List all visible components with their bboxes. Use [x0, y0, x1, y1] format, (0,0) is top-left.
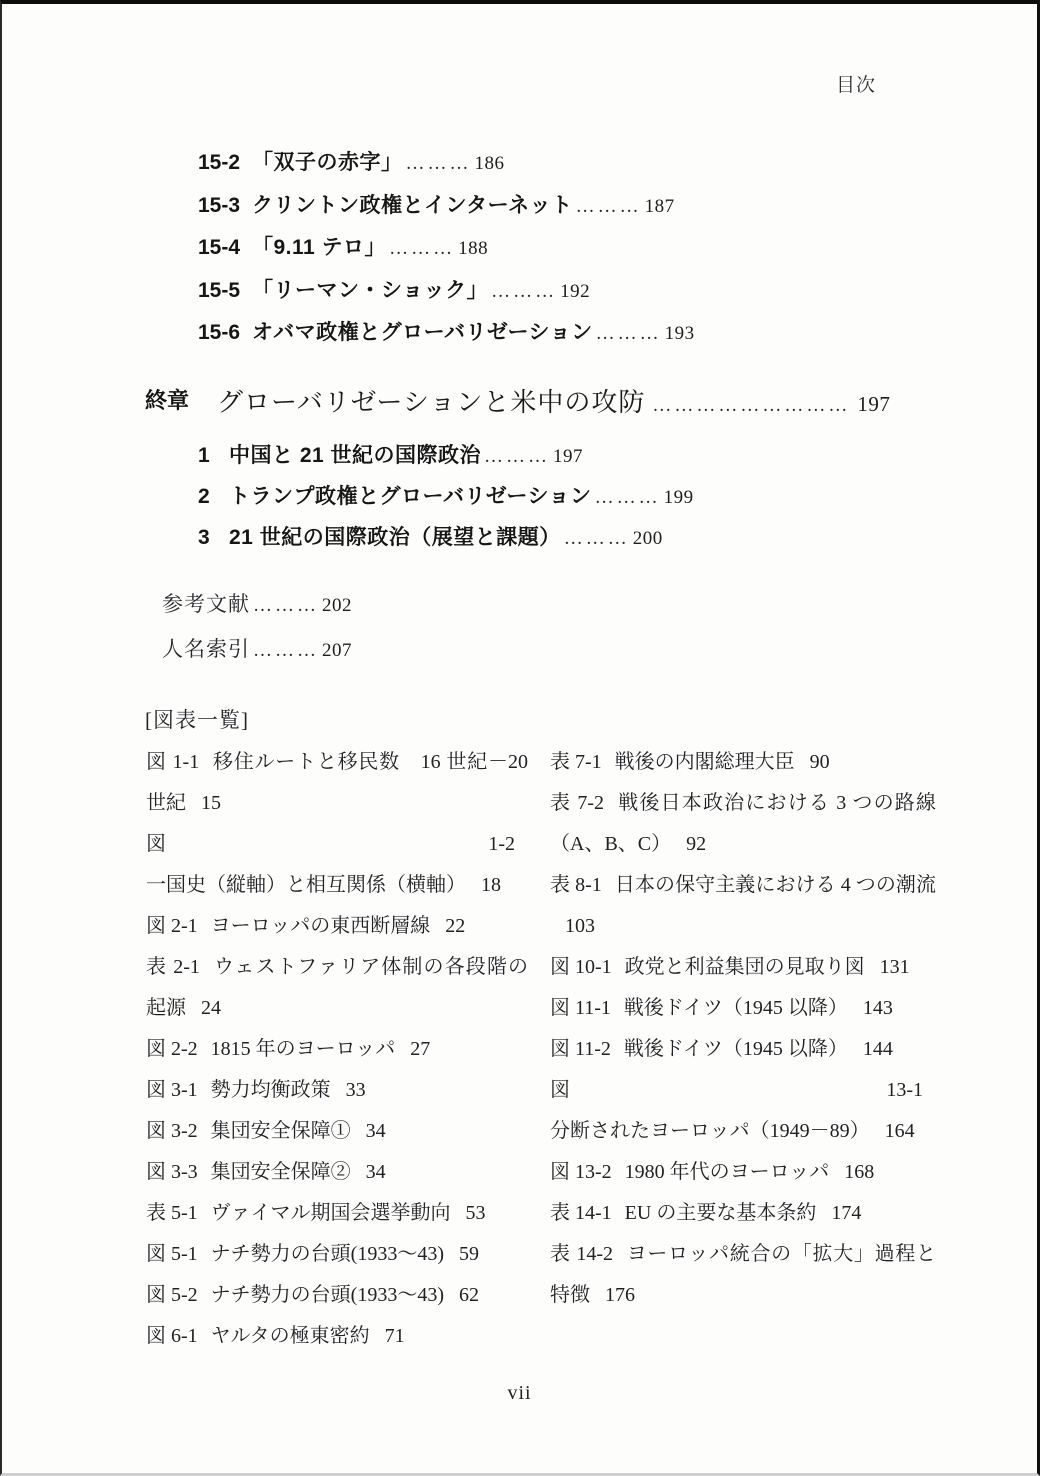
- toc-entry-title: 21 世紀の国際政治（展望と課題）: [229, 526, 561, 549]
- figure-list-item: 図 2-1ヨーロッパの東西断層線22: [146, 906, 528, 947]
- dot-leader: ………: [253, 595, 319, 616]
- toc-entry: 15-3クリントン政権とインターネット………187: [198, 185, 695, 228]
- figure-item-page: 168: [844, 1161, 874, 1183]
- figure-item-title: 戦後の内閣総理大臣: [615, 751, 795, 773]
- figure-item-title: ナチ勢力の台頭(1933～43): [211, 1243, 444, 1265]
- figure-list-item: 表 7-2戦後日本政治における 3 つの路線（A、B、C）92: [550, 783, 936, 865]
- figure-item-page: 92: [686, 833, 706, 855]
- dot-leader: ………: [491, 281, 557, 302]
- figure-item-title: 政党と利益集団の見取り図: [625, 956, 865, 978]
- figure-item-title: 戦後ドイツ（1945 以降）: [624, 997, 848, 1019]
- figure-list-item: 図 1-1移住ルートと移民数 16 世紀－20 世紀15: [146, 742, 528, 824]
- figure-item-label: 図 13-1: [550, 1079, 923, 1101]
- toc-entry-page: 200: [633, 528, 663, 549]
- figure-list-right-column: 表 7-1戦後の内閣総理大臣90表 7-2戦後日本政治における 3 つの路線（A…: [550, 742, 936, 1357]
- final-chapter-title: グローバリゼーションと米中の攻防: [217, 388, 645, 417]
- figure-item-label: 表 7-2: [550, 792, 604, 814]
- figure-list-item: 表 8-1日本の保守主義における 4 つの潮流103: [550, 865, 936, 947]
- toc-entry-number: 15-3: [198, 185, 252, 227]
- toc-entry: 1中国と 21 世紀の国際政治………197: [198, 436, 890, 477]
- figure-list-item: 表 14-1EU の主要な基本条約174: [550, 1193, 936, 1234]
- figure-item-title: EU の主要な基本条約: [625, 1202, 817, 1224]
- toc-entry-title: トランプ政権とグローバリゼーション: [229, 485, 592, 508]
- figure-item-page: 59: [459, 1243, 479, 1265]
- toc-entry-page: 188: [458, 238, 488, 259]
- toc-entry-number: 3: [198, 518, 229, 558]
- final-chapter-item-list: 1中国と 21 世紀の国際政治………1972トランプ政権とグローバリゼーション……: [145, 436, 890, 559]
- figure-item-page: 103: [565, 915, 595, 937]
- chapter15-subsection-list: 15-2「双子の赤字」………18615-3クリントン政権とインターネット………1…: [198, 142, 695, 355]
- figure-item-title: 日本の保守主義における 4 つの潮流: [615, 874, 936, 896]
- toc-entry: 321 世紀の国際政治（展望と課題）………200: [198, 518, 890, 559]
- figure-item-label: 図 5-2: [146, 1284, 198, 1306]
- dot-leader: ………: [595, 487, 661, 508]
- toc-entry-number: 15-6: [198, 312, 252, 354]
- figure-list-heading: [図表一覧]: [145, 704, 249, 734]
- figure-item-label: 図 3-1: [146, 1079, 198, 1101]
- figure-item-title: ヴァイマル期国会選挙動向: [211, 1202, 451, 1224]
- toc-entry: 15-5「リーマン・ショック」………192: [198, 270, 695, 313]
- figure-item-page: 34: [366, 1120, 386, 1142]
- dot-leader: ………: [564, 528, 630, 549]
- dot-leader: ………: [253, 640, 319, 661]
- toc-entry-page: 192: [560, 281, 590, 302]
- figure-list-item: 図 1-2一国史（縦軸）と相互関係（横軸）18: [146, 824, 528, 906]
- figure-item-page: 143: [863, 997, 893, 1019]
- figure-item-label: 図 1-2: [146, 833, 515, 855]
- figure-item-label: 図 13-2: [550, 1161, 612, 1183]
- figure-list-item: 図 5-1ナチ勢力の台頭(1933～43)59: [146, 1234, 528, 1275]
- dot-leader: ………: [389, 238, 455, 259]
- backmatter-entry: 参考文献………202: [162, 583, 352, 628]
- backmatter-page: 202: [322, 595, 352, 616]
- figure-item-title: 戦後日本政治における 3 つの路線（A、B、C）: [550, 792, 936, 855]
- final-chapter-label: 終章: [145, 388, 189, 413]
- figure-item-page: 176: [605, 1284, 635, 1306]
- figure-item-label: 表 14-1: [550, 1202, 612, 1224]
- dot-leader: ………: [576, 196, 642, 217]
- toc-entry-title: 「双子の赤字」: [252, 151, 403, 174]
- final-chapter-page: 197: [857, 392, 890, 416]
- dot-leader: ………: [406, 153, 472, 174]
- figure-item-page: 90: [810, 751, 830, 773]
- figure-list-item: 図 6-1ヤルタの極東密約71: [146, 1316, 528, 1357]
- figure-list: 図 1-1移住ルートと移民数 16 世紀－20 世紀15図 1-2一国史（縦軸）…: [146, 742, 936, 1357]
- figure-item-page: 164: [885, 1120, 915, 1142]
- figure-item-title: 分断されたヨーロッパ（1949－89）: [550, 1120, 870, 1142]
- figure-item-title: 一国史（縦軸）と相互関係（横軸）: [146, 874, 466, 896]
- figure-list-item: 図 2-21815 年のヨーロッパ27: [146, 1029, 528, 1070]
- figure-list-left-column: 図 1-1移住ルートと移民数 16 世紀－20 世紀15図 1-2一国史（縦軸）…: [146, 742, 528, 1357]
- toc-entry-title: 「リーマン・ショック」: [252, 279, 488, 302]
- figure-item-page: 27: [410, 1038, 430, 1060]
- figure-list-item: 図 13-1分断されたヨーロッパ（1949－89）164: [550, 1070, 936, 1152]
- figure-list-item: 図 13-21980 年代のヨーロッパ168: [550, 1152, 936, 1193]
- figure-item-page: 33: [346, 1079, 366, 1101]
- figure-item-label: 図 1-1: [146, 751, 199, 773]
- toc-entry-page: 186: [475, 153, 505, 174]
- toc-entry-title: クリントン政権とインターネット: [252, 194, 573, 217]
- toc-entry-page: 193: [665, 323, 695, 344]
- toc-entry: 15-6オバマ政権とグローバリゼーション………193: [198, 312, 695, 355]
- toc-entry-page: 199: [664, 487, 694, 508]
- figure-item-label: 図 3-3: [146, 1161, 198, 1183]
- figure-item-title: 勢力均衡政策: [211, 1079, 331, 1101]
- toc-entry-number: 15-4: [198, 227, 252, 269]
- toc-entry-page: 197: [553, 446, 583, 467]
- figure-list-item: 表 14-2ヨーロッパ統合の「拡大」過程と特徴176: [550, 1234, 936, 1316]
- final-chapter-block: 終章 グローバリゼーションと米中の攻防 ……………………… 197 1中国と 2…: [145, 378, 890, 559]
- figure-item-page: 53: [465, 1202, 485, 1224]
- figure-item-page: 62: [459, 1284, 479, 1306]
- figure-item-title: 1815 年のヨーロッパ: [211, 1038, 396, 1060]
- figure-list-item: 図 11-1戦後ドイツ（1945 以降）143: [550, 988, 936, 1029]
- toc-entry-number: 2: [198, 477, 229, 517]
- figure-item-label: 図 3-2: [146, 1120, 198, 1142]
- figure-list-item: 図 3-2集団安全保障①34: [146, 1111, 528, 1152]
- figure-item-title: 集団安全保障②: [211, 1161, 351, 1183]
- toc-entry: 15-4「9.11 テロ」………188: [198, 227, 695, 270]
- figure-item-label: 図 2-2: [146, 1038, 198, 1060]
- dot-leader: ………: [484, 446, 550, 467]
- toc-entry: 15-2「双子の赤字」………186: [198, 142, 695, 185]
- figure-item-label: 表 14-2: [550, 1243, 613, 1265]
- backmatter-title: 人名索引: [162, 637, 250, 661]
- figure-item-title: ヤルタの極東密約: [211, 1325, 370, 1347]
- figure-item-label: 表 5-1: [146, 1202, 198, 1224]
- figure-list-item: 図 10-1政党と利益集団の見取り図131: [550, 947, 936, 988]
- backmatter-entry: 人名索引………207: [162, 628, 352, 673]
- dot-leader: ………………………: [652, 395, 850, 416]
- toc-entry-number: 15-5: [198, 270, 252, 312]
- figure-item-title: 戦後ドイツ（1945 以降）: [624, 1038, 848, 1060]
- figure-item-page: 15: [201, 792, 221, 814]
- figure-list-item: 表 2-1ウェストファリア体制の各段階の起源24: [146, 947, 528, 1029]
- figure-item-page: 22: [445, 915, 465, 937]
- backmatter-title: 参考文献: [162, 592, 250, 616]
- page-number: vii: [2, 1382, 1037, 1405]
- figure-list-item: 図 5-2ナチ勢力の台頭(1933～43)62: [146, 1275, 528, 1316]
- figure-list-item: 図 3-3集団安全保障②34: [146, 1152, 528, 1193]
- figure-item-label: 表 7-1: [550, 751, 602, 773]
- figure-list-item: 図 3-1勢力均衡政策33: [146, 1070, 528, 1111]
- toc-entry-title: 中国と 21 世紀の国際政治: [229, 444, 481, 467]
- figure-item-label: 図 10-1: [550, 956, 612, 978]
- figure-item-label: 図 2-1: [146, 915, 198, 937]
- figure-item-page: 131: [880, 956, 910, 978]
- dot-leader: ………: [596, 323, 662, 344]
- figure-item-label: 図 11-1: [550, 997, 611, 1019]
- figure-item-label: 表 8-1: [550, 874, 602, 896]
- figure-item-label: 表 2-1: [146, 956, 200, 978]
- toc-entry: 2トランプ政権とグローバリゼーション………199: [198, 477, 890, 518]
- figure-list-item: 表 5-1ヴァイマル期国会選挙動向53: [146, 1193, 528, 1234]
- toc-entry-title: オバマ政権とグローバリゼーション: [252, 321, 593, 344]
- figure-item-label: 図 11-2: [550, 1038, 611, 1060]
- figure-item-page: 174: [831, 1202, 861, 1224]
- toc-entry-number: 1: [198, 436, 229, 476]
- figure-item-title: 集団安全保障①: [211, 1120, 351, 1142]
- toc-entry-page: 187: [645, 196, 675, 217]
- running-head-title: 目次: [836, 70, 876, 97]
- figure-list-item: 表 7-1戦後の内閣総理大臣90: [550, 742, 936, 783]
- final-chapter-heading: 終章 グローバリゼーションと米中の攻防 ……………………… 197: [145, 378, 890, 430]
- backmatter-list: 参考文献………202人名索引………207: [162, 583, 352, 672]
- figure-item-page: 18: [481, 874, 501, 896]
- figure-item-title: ナチ勢力の台頭(1933～43): [211, 1284, 444, 1306]
- figure-item-title: 1980 年代のヨーロッパ: [625, 1161, 830, 1183]
- toc-page: 目次 15-2「双子の赤字」………18615-3クリントン政権とインターネット……: [0, 0, 1040, 1476]
- figure-list-item: 図 11-2戦後ドイツ（1945 以降）144: [550, 1029, 936, 1070]
- figure-item-title: ヨーロッパの東西断層線: [211, 915, 431, 937]
- toc-entry-title: 「9.11 テロ」: [252, 236, 386, 259]
- figure-item-page: 34: [366, 1161, 386, 1183]
- toc-entry-number: 15-2: [198, 142, 252, 184]
- figure-item-label: 図 5-1: [146, 1243, 198, 1265]
- backmatter-page: 207: [322, 640, 352, 661]
- figure-item-page: 144: [863, 1038, 893, 1060]
- figure-item-page: 71: [385, 1325, 405, 1347]
- figure-item-page: 24: [201, 997, 221, 1019]
- figure-item-label: 図 6-1: [146, 1325, 198, 1347]
